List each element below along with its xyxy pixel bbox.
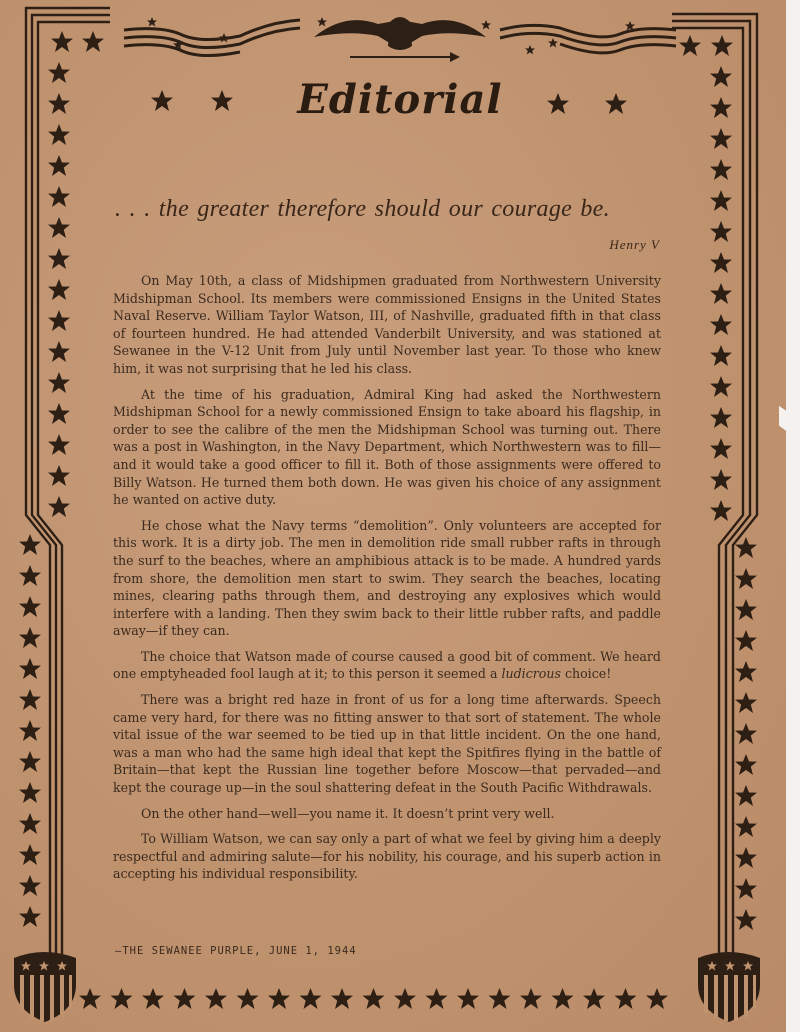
paragraph: On the other hand—well—you name it. It d… [113, 805, 661, 823]
page-title: Editorial [0, 76, 800, 123]
paragraph: The choice that Watson made of course ca… [113, 648, 661, 683]
source-citation: —THE SEWANEE PURPLE, JUNE 1, 1944 [115, 945, 357, 957]
epigraph-quote: . . . the greater therefore should our c… [115, 196, 665, 223]
editorial-body: On May 10th, a class of Midshipmen gradu… [113, 272, 661, 891]
epigraph-attribution: Henry V [560, 237, 660, 253]
paragraph: There was a bright red haze in front of … [113, 691, 661, 797]
bottom-star-row [79, 988, 668, 1009]
paragraph: To William Watson, we can say only a par… [113, 830, 661, 883]
paragraph: On May 10th, a class of Midshipmen gradu… [113, 272, 661, 378]
paragraph: He chose what the Navy terms “demolition… [113, 517, 661, 640]
emphasis-word: ludicrous [501, 666, 560, 681]
paragraph: At the time of his graduation, Admiral K… [113, 386, 661, 509]
eagle-emblem-icon [314, 17, 491, 62]
shield-right-icon [698, 952, 760, 1022]
shield-left-icon [14, 952, 76, 1022]
paragraph-text: choice! [561, 666, 611, 681]
